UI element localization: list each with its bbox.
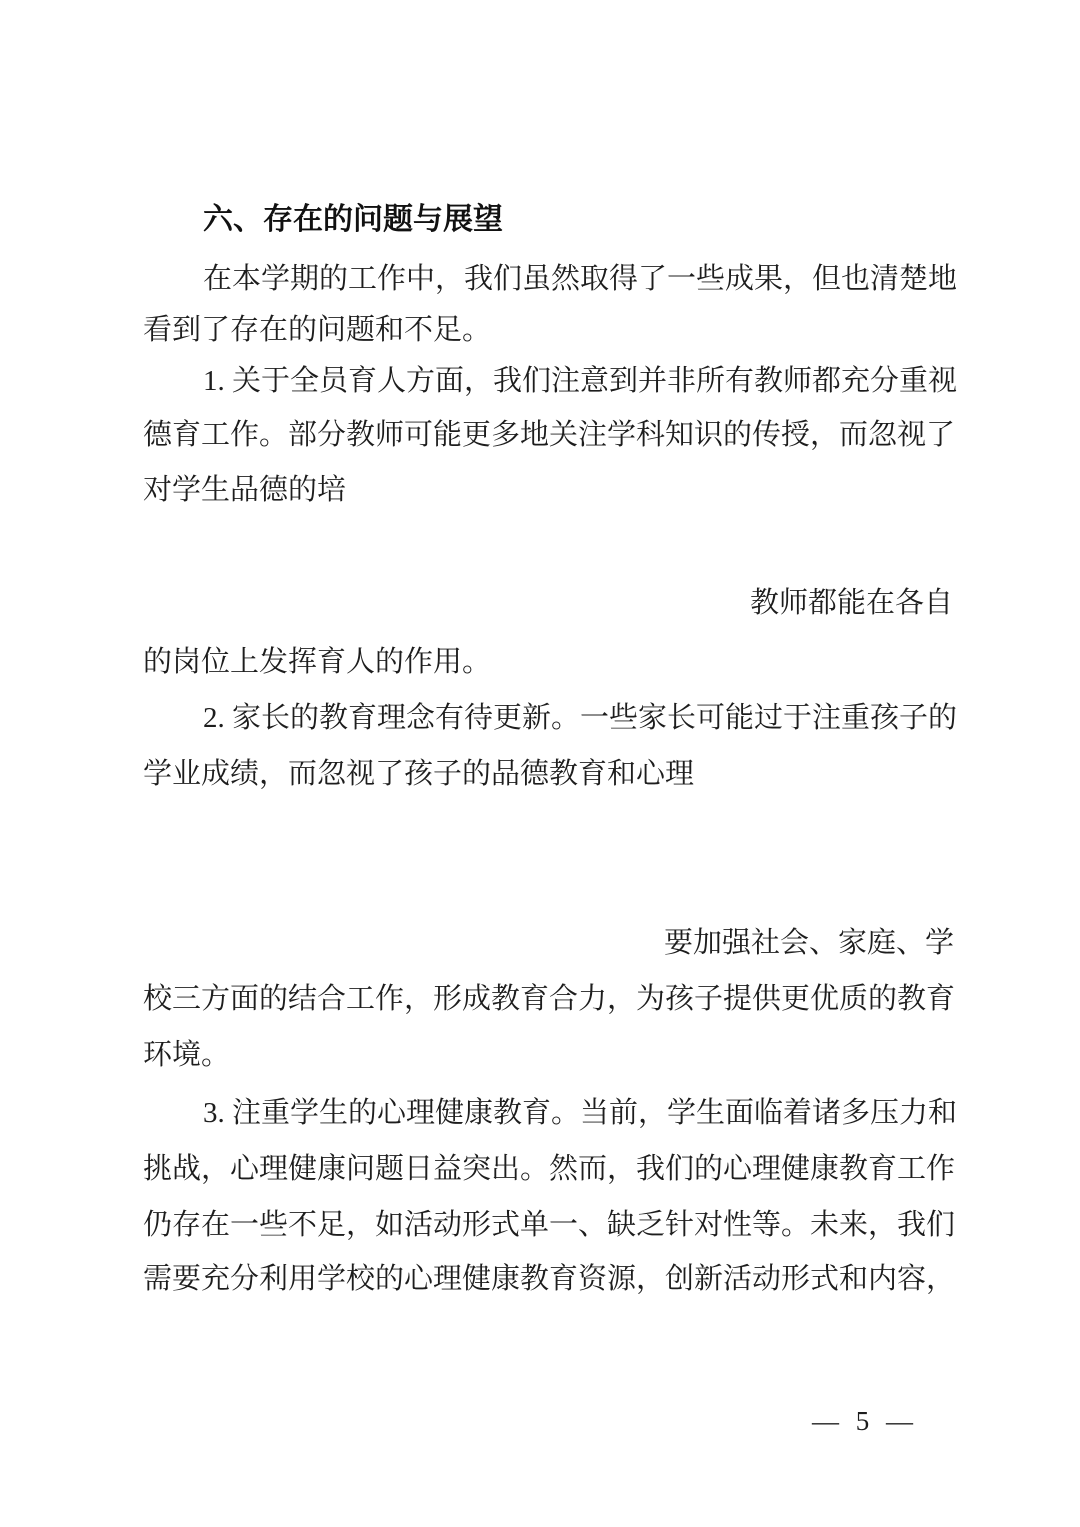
paragraph-line: 在本学期的工作中，我们虽然取得了一些成果，但也清楚地 [203, 262, 957, 296]
section-heading: 六、存在的问题与展望 [203, 203, 503, 237]
paragraph-line: 校三方面的结合工作，形成教育合力，为孩子提供更优质的教育 [143, 982, 955, 1016]
paragraph-fragment: 要加强社会、家庭、学 [664, 926, 954, 960]
paragraph-line-truncated: 学业成绩，而忽视了孩子的品德教育和心理 [143, 757, 694, 791]
paragraph-line: 仍存在一些不足，如活动形式单一、缺乏针对性等。未来，我们 [143, 1208, 955, 1242]
paragraph-line: 的岗位上发挥育人的作用。 [143, 645, 491, 679]
paragraph-line: 挑战，心理健康问题日益突出。然而，我们的心理健康教育工作 [143, 1152, 955, 1186]
paragraph-fragment: 教师都能在各自 [750, 586, 953, 620]
paragraph-line: 1. 关于全员育人方面，我们注意到并非所有教师都充分重视 [203, 364, 957, 398]
page-number: — 5 — [812, 1405, 918, 1437]
document-page: 六、存在的问题与展望 在本学期的工作中，我们虽然取得了一些成果，但也清楚地 看到… [0, 0, 1080, 1527]
paragraph-line: 环境。 [143, 1038, 230, 1072]
paragraph-line: 2. 家长的教育理念有待更新。一些家长可能过于注重孩子的 [203, 701, 957, 735]
paragraph-line: 德育工作。部分教师可能更多地关注学科知识的传授，而忽视了 [143, 418, 955, 452]
paragraph-line: 需要充分利用学校的心理健康教育资源，创新活动形式和内容， [143, 1262, 955, 1296]
paragraph-line: 3. 注重学生的心理健康教育。当前，学生面临着诸多压力和 [203, 1096, 957, 1130]
paragraph-line: 看到了存在的问题和不足。 [143, 313, 491, 347]
paragraph-line-truncated: 对学生品德的培 [143, 473, 346, 507]
